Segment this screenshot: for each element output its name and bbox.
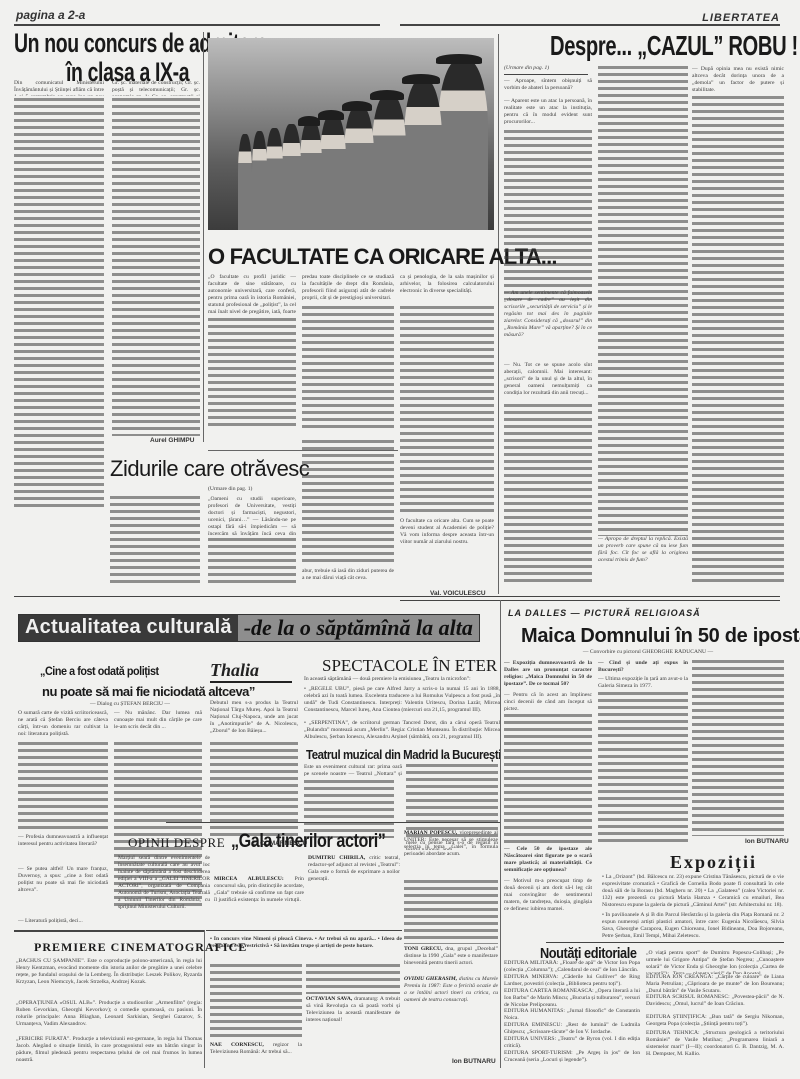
gala-opinion7-name: NAE CORNESCU, (210, 1042, 264, 1048)
article-admitere: Un nou concurs de admitere în clasa a IX… (14, 30, 204, 86)
politist-a1: — Se putea altfel! Un mare franțuz, Duve… (18, 866, 108, 916)
facultate-col3-snippet: ca și penologia, de la sala mașinilor și… (400, 274, 494, 304)
spectacole-item2: • „SERPENTINA”, de scriitorul german Tan… (304, 720, 500, 746)
expozitii-item1: • La „Orizont” (bd. Bălcescu nr. 23) exp… (602, 874, 784, 910)
premiere-item3: „FERICIRE FURATĂ”. Producție a televiziu… (16, 1036, 202, 1064)
masthead-rule-right (400, 24, 780, 26)
robu-a3: — După opinia mea nu există nimic altcev… (692, 66, 784, 94)
zidurile-end: abur, trebuie să iasă din ziduri puterea… (302, 568, 394, 586)
gala-opinion5: OVIDIU GHERASIM, distins cu Marele Premi… (404, 976, 498, 1036)
gala-opinion1: MIRCEA ALBULESCU: Prin concursul său, pr… (214, 876, 304, 920)
maica-a1: — Pentru că în acest an împlinesc cinci … (504, 692, 592, 712)
gala-opinion3: MARIAN POPESCU, vicepreședinte al UNITER… (404, 830, 498, 878)
politist-q1: — Profesia dumneavoastră a influențat in… (18, 834, 108, 864)
page-number-label: pagina a 2-a (16, 8, 85, 22)
zidurile-continuation: (Urmare din pag. 1) (208, 486, 298, 494)
gala-opinion6: OCTAVIAN SAVA, dramaturg: A trebuit să v… (306, 996, 400, 1060)
zidurile-col2-body (208, 538, 296, 586)
robu-q2: — Am unele sentimente că faimoasele „dos… (504, 290, 592, 358)
gala-col5-body (210, 964, 302, 1040)
gala-col6-body (306, 964, 400, 994)
gala-author: Ion BUTNARU (452, 1058, 496, 1065)
gala-opinion7: NAE CORNESCU, regizor la Televiziunea Ro… (210, 1042, 302, 1060)
masthead-rule-left (14, 24, 380, 26)
maica-subtitle: — Convorbire cu pictorul GHEORGHE RĂDUCA… (513, 649, 783, 657)
expozitii-item2: • În pavilioanele A și B din Parcul Heră… (602, 912, 784, 940)
facultate-lead: „O facultate cu profil juridic — faculta… (208, 274, 296, 314)
gala-lead: Marțiul seară dintre evenimentele de îns… (118, 855, 210, 919)
gala-opinion2: DUMITRU CHIRILĂ, critic teatral, redacto… (308, 855, 400, 919)
banner-right-label: -de la o săptămînă la alta (238, 615, 479, 641)
facultate-col3-body (400, 306, 494, 516)
noutati-list-col2: „O viață pentru sport” de Dumitru Popesc… (646, 950, 784, 1068)
maica-q1: — Expoziția dumneavoastră de la Dalles a… (504, 660, 592, 690)
maica-q2: — Cînd și unde ați expus în București? (598, 660, 688, 674)
robu-col3-body (692, 96, 784, 584)
section-rule (206, 930, 402, 931)
noutati-item: EDITURA ION CREANGĂ: „Cărțile de culoare… (646, 974, 784, 994)
noutati-list-col1: EDITURA MILITARĂ: „Floare de apă” de Vic… (504, 960, 640, 1068)
gala-opinion4-name: TONI GRECU, (404, 946, 443, 952)
zidurile-col1-body (110, 496, 200, 586)
zidurile-snippet: „Oameni cu studii superioare, profesori … (208, 496, 296, 536)
noutati-item: EDITURA MINERVA: „Căderile lui Gulliver”… (504, 974, 640, 988)
spectacole-title: SPECTACOLE ÎN ETER (322, 656, 497, 676)
gala-opinion6-name: OCTAVIAN SAVA, (306, 996, 352, 1002)
noutati-item: EDITURA SPORT-TURISM: „Pe Argeș în jos” … (504, 1050, 640, 1064)
politist-title-line2: nu poate să mai fie niciodată altceva” (42, 685, 255, 698)
robu-col1-body (504, 130, 592, 300)
section-rule (14, 930, 204, 932)
noutati-item: EDITURA HUMANITAS: „Jurnal filosofic” de… (504, 1008, 640, 1022)
admitere-author: Aurel GHIMPU (150, 437, 194, 444)
section-rule (400, 600, 780, 601)
noutati-item: „O viață pentru sport” de Dumitru Popesc… (646, 950, 784, 974)
thalia-snippet: Debutul meu s-a produs la Teatrul Națion… (210, 700, 298, 740)
expozitii-title: Expoziții (670, 852, 757, 873)
madrid-snippet: Este un eveniment cultural rar: prima oa… (304, 764, 402, 778)
gala-opinion2-name: DUMITRU CHIRILĂ, (308, 855, 365, 861)
maica-col1-body (504, 714, 592, 844)
facultate-closing: O facultate ca oricare alta. Cum se poat… (400, 518, 494, 568)
maica-col2-body (598, 692, 688, 842)
gala-opinion4: TONI GRECU, dna, grupul „Decebal” distin… (404, 946, 498, 974)
robu-col2-body (598, 66, 688, 536)
maica-title: Maica Domnului în 50 de ipostaze (521, 626, 800, 646)
gala-title-prefix: OPINII DESPRE (128, 835, 225, 851)
column-divider (203, 32, 204, 442)
noutati-item: EDITURA MILITARĂ: „Floare de apă” de Vic… (504, 960, 640, 974)
robu-q1: — Aproape, sîntem obișnuiți să vorbim de… (504, 78, 592, 94)
robu-title: Despre... „CAZUL” ROBU ! (550, 32, 795, 60)
robu-a2: — Nu. Tot ce se spune acolo sînt aberați… (504, 362, 592, 402)
robu-col1-body-2 (504, 404, 592, 584)
section-rule (14, 596, 780, 597)
gala-title-main: „Gala tinerilor actori” (231, 832, 385, 851)
politist-col1-body (18, 742, 108, 832)
cultural-banner: Actualitatea culturală -de la o săptămîn… (18, 614, 480, 642)
admitere-col2-body (112, 98, 200, 436)
noutati-item: EDITURA ȘTIINȚIFICĂ: „Bun tată” de Sergi… (646, 1014, 784, 1030)
politist-col2-snippet: — Nu mănânc. Dar lumea mă cunoaște mai m… (114, 710, 202, 740)
facultate-col1-body (208, 318, 296, 428)
noutati-item: EDITURA EMINESCU: „Rest de lumină” de Lu… (504, 1022, 640, 1036)
politist-end: — Literatură polițistă, deci... (18, 918, 108, 926)
robu-q3: — Apropo de dreptul la replică. Există u… (598, 536, 688, 584)
gala-opinion3-name: MARIAN POPESCU, (404, 830, 457, 836)
newspaper-page: pagina a 2-a LIBERTATEA Un nou concurs d… (0, 0, 800, 1079)
gala-title: OPINII DESPRE „Gala tinerilor actori” (128, 832, 413, 851)
facultate-col2-snippet: predau toate disciplinele ce se studiază… (302, 274, 394, 304)
robu-a1: — Aparent este un atac la persoană, în r… (504, 98, 592, 128)
spectacole-lead: În această săptămână — două premiere la … (304, 676, 500, 686)
maica-a3: — Motivul m-a preocupat timp de două dec… (504, 878, 592, 938)
admitere-title-line1: Un nou concurs de admitere (14, 30, 204, 57)
premiere-title: PREMIERE CINEMATOGRAFICE (34, 940, 247, 955)
premiere-item2: „OPERAȚIUNEA «OSUL ALB»”. Producție a st… (16, 1000, 202, 1034)
thalia-logo: Thalia (210, 660, 292, 683)
thalia-col2-body (304, 780, 394, 838)
noutati-item: EDITURA TEHNICĂ: „Structura geologică a … (646, 1030, 784, 1066)
column-divider (498, 34, 499, 594)
zidurile-col3-body (302, 440, 394, 566)
section-rule (166, 822, 500, 823)
maica-a2: — Ultima expoziție în țară am avut-o la … (598, 676, 688, 690)
section-rule (546, 942, 784, 943)
column-divider (500, 600, 501, 1068)
politist-subtitle: — Dialog cu ȘTEFAN BERCIU — (60, 701, 200, 709)
noutati-item: EDITURA CARTEA ROMÂNEASCĂ: „Opera litera… (504, 988, 640, 1008)
maica-author: Ion BUTNARU (745, 838, 789, 845)
gala-opinion5-name: OVIDIU GHERASIM, (404, 976, 457, 982)
maica-q3: — Cele 50 de ipostaze ale Născătoarei sî… (504, 846, 592, 876)
maica-col3-body (692, 660, 784, 836)
madrid-col2-body (406, 764, 498, 838)
spectacole-item1: • „REGELE UBU”, piesă pe care Alfred Jar… (304, 686, 500, 720)
admitere-col2-snippet: Gr. șc. materiale de construcții; Gr. șc… (112, 80, 200, 96)
gala-intro-col2 (214, 855, 304, 873)
cadets-photo (208, 38, 494, 230)
gala-col4-body (404, 880, 498, 944)
zidurile-title: Zidurile care otrăvesc (110, 458, 309, 480)
thalia-body (210, 742, 298, 838)
gala-opinion1-name: MIRCEA ALBULESCU: (214, 876, 284, 882)
facultate-col2-body (302, 306, 394, 428)
admitere-col1-body (14, 98, 104, 508)
noutati-item: EDITURA SCRISUL ROMÂNESC: „Povestea-păci… (646, 994, 784, 1014)
newspaper-name: LIBERTATEA (702, 12, 780, 24)
robu-rule (504, 74, 588, 75)
politist-title-line1: „Cine a fost odată polițist (40, 665, 159, 677)
politist-lead: O sumară carte de vizită scriitoricească… (18, 710, 108, 740)
banner-left-label: Actualitatea culturală (19, 615, 238, 641)
maica-kicker: LA DALLES — PICTURĂ RELIGIOASĂ (508, 608, 701, 618)
noutati-title: Noutăți editoriale (540, 946, 636, 961)
madrid-title: Teatrul muzical din Madrid la București (306, 748, 501, 761)
admitere-lead: Din comunicatul Ministerului Învățământu… (14, 80, 104, 96)
premiere-item1: „BACHUS CU ȘAMPANIE”. Este o coproducție… (16, 958, 202, 998)
robu-continuation: (Urmare din pag. 1) (504, 65, 592, 73)
noutati-item: EDITURA UNIVERS: „Teatru” de Byron (vol.… (504, 1036, 640, 1050)
